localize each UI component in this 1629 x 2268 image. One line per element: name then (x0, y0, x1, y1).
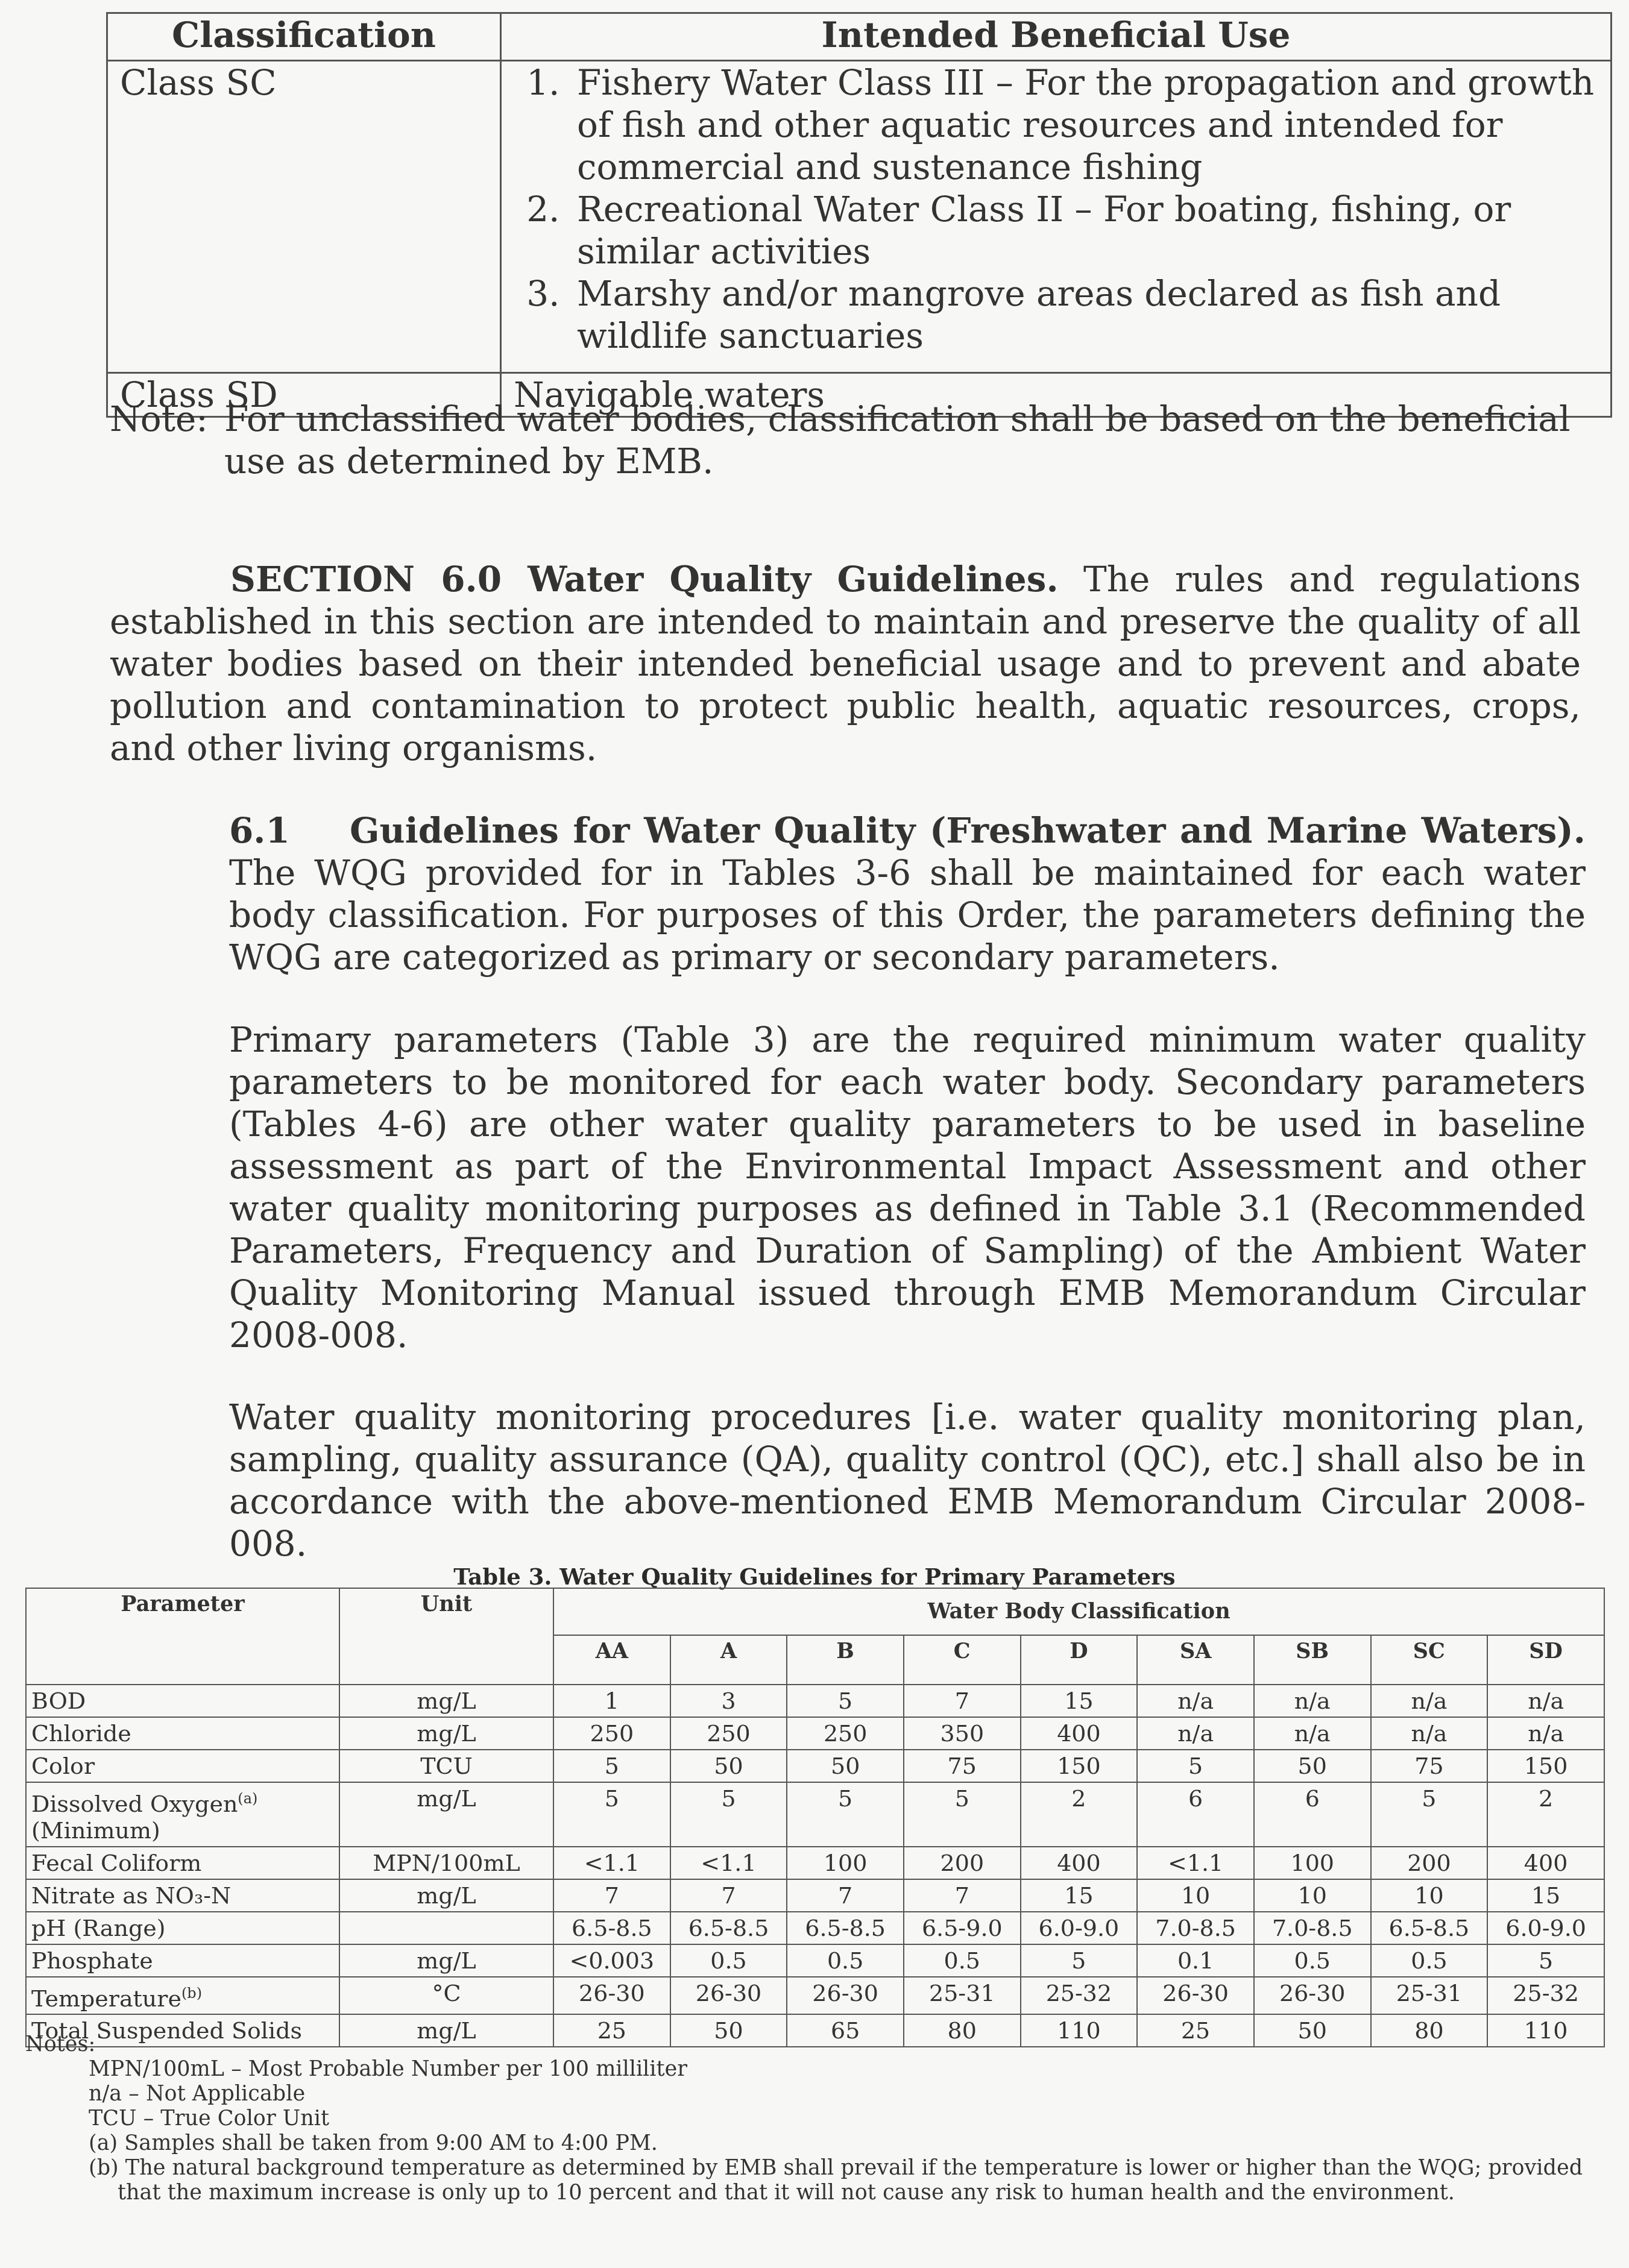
value-sb: 10 (1254, 1879, 1371, 1912)
class-header-sb: SB (1254, 1635, 1371, 1685)
parameter-name: Chloride (26, 1717, 339, 1750)
value-a: 5 (670, 1782, 787, 1847)
value-aa: 7 (553, 1879, 670, 1912)
value-sd: 5 (1487, 1944, 1604, 1977)
value-sd: 15 (1487, 1879, 1604, 1912)
note-label: Note: (110, 398, 224, 440)
class-label: Class SC (107, 61, 501, 373)
value-sd: n/a (1487, 1717, 1604, 1750)
notes-label: Notes: (25, 2032, 1605, 2057)
parameter-name: Dissolved Oxygen(a)(Minimum) (26, 1782, 339, 1847)
value-d: 400 (1021, 1847, 1138, 1879)
value-sc: 75 (1371, 1750, 1488, 1782)
value-sa: 0.1 (1137, 1944, 1254, 1977)
value-sa: 10 (1137, 1879, 1254, 1912)
parameter-name: Fecal Coliform (26, 1847, 339, 1879)
note-item: n/a – Not Applicable (89, 2082, 1605, 2106)
value-c: 5 (904, 1782, 1021, 1847)
value-sc: 0.5 (1371, 1944, 1488, 1977)
table-row: pH (Range)6.5-8.56.5-8.56.5-8.56.5-9.06.… (26, 1912, 1604, 1944)
parameter-unit: TCU (339, 1750, 553, 1782)
value-b: 5 (787, 1685, 904, 1717)
table-3-header-row: Parameter Unit Water Body Classification (26, 1588, 1604, 1635)
value-b: 0.5 (787, 1944, 904, 1977)
note-text-cont: use as determined by EMB. (110, 440, 1587, 482)
value-aa: <1.1 (553, 1847, 670, 1879)
value-sa: 26-30 (1137, 1977, 1254, 2015)
value-c: 7 (904, 1685, 1021, 1717)
value-sa: <1.1 (1137, 1847, 1254, 1879)
table-row: Temperature(b)°C26-3026-3026-3025-3125-3… (26, 1977, 1604, 2015)
parameter-unit: mg/L (339, 1944, 553, 1977)
use-item: Marshy and/or mangrove areas declared as… (571, 272, 1598, 357)
value-sc: 10 (1371, 1879, 1488, 1912)
table-row: Class SC Fishery Water Class III – For t… (107, 61, 1612, 373)
table-row: Fecal ColiformMPN/100mL<1.1<1.1100200400… (26, 1847, 1604, 1879)
parameter-unit (339, 1912, 553, 1944)
value-b: 7 (787, 1879, 904, 1912)
class-header-a: A (670, 1635, 787, 1685)
value-aa: 26-30 (553, 1977, 670, 2015)
value-b: 250 (787, 1717, 904, 1750)
value-d: 25-32 (1021, 1977, 1138, 2015)
value-sc: n/a (1371, 1717, 1488, 1750)
value-sb: 100 (1254, 1847, 1371, 1879)
parameter-unit: mg/L (339, 1879, 553, 1912)
value-sa: 5 (1137, 1750, 1254, 1782)
parameter-unit: mg/L (339, 1685, 553, 1717)
header-water-body-classification: Water Body Classification (553, 1588, 1604, 1635)
value-sb: 50 (1254, 1750, 1371, 1782)
note-item: MPN/100mL – Most Probable Number per 100… (89, 2057, 1605, 2082)
value-d: 150 (1021, 1750, 1138, 1782)
value-aa: 250 (553, 1717, 670, 1750)
value-sa: 7.0-8.5 (1137, 1912, 1254, 1944)
use-item: Fishery Water Class III – For the propag… (571, 61, 1598, 188)
parameter-unit: MPN/100mL (339, 1847, 553, 1879)
value-sb: n/a (1254, 1685, 1371, 1717)
value-a: 250 (670, 1717, 787, 1750)
parameter-unit: °C (339, 1977, 553, 2015)
value-c: 75 (904, 1750, 1021, 1782)
class-uses: Fishery Water Class III – For the propag… (501, 61, 1612, 373)
header-unit: Unit (339, 1588, 553, 1685)
parameter-name: pH (Range) (26, 1912, 339, 1944)
value-b: 26-30 (787, 1977, 904, 2015)
value-sd: n/a (1487, 1685, 1604, 1717)
section-6-1-number: 6.1 (229, 809, 350, 852)
class-header-d: D (1021, 1635, 1138, 1685)
value-sa: n/a (1137, 1685, 1254, 1717)
value-aa: 1 (553, 1685, 670, 1717)
value-d: 15 (1021, 1685, 1138, 1717)
use-item: Recreational Water Class II – For boatin… (571, 188, 1598, 272)
note-item: (a) Samples shall be taken from 9:00 AM … (89, 2131, 1605, 2156)
parameter-name: Color (26, 1750, 339, 1782)
header-classification: Classification (107, 13, 501, 61)
class-header-aa: AA (553, 1635, 670, 1685)
value-b: 50 (787, 1750, 904, 1782)
section-6-1-paragraph: 6.1Guidelines for Water Quality (Freshwa… (229, 809, 1586, 978)
value-sa: 6 (1137, 1782, 1254, 1847)
parameter-name: Phosphate (26, 1944, 339, 1977)
value-sc: 25-31 (1371, 1977, 1488, 2015)
value-a: 50 (670, 1750, 787, 1782)
value-d: 15 (1021, 1879, 1138, 1912)
value-a: <1.1 (670, 1847, 787, 1879)
classification-note: Note:For unclassified water bodies, clas… (110, 398, 1587, 482)
value-a: 0.5 (670, 1944, 787, 1977)
value-a: 3 (670, 1685, 787, 1717)
value-sc: 5 (1371, 1782, 1488, 1847)
value-sc: 200 (1371, 1847, 1488, 1879)
table-row: Phosphatemg/L<0.0030.50.50.550.10.50.55 (26, 1944, 1604, 1977)
primary-parameters-paragraph: Primary parameters (Table 3) are the req… (229, 1019, 1586, 1356)
note-text: For unclassified water bodies, classific… (224, 398, 1570, 439)
value-sd: 25-32 (1487, 1977, 1604, 2015)
section-6-1-body: The WQG provided for in Tables 3-6 shall… (229, 852, 1586, 978)
value-sd: 400 (1487, 1847, 1604, 1879)
value-a: 7 (670, 1879, 787, 1912)
header-beneficial-use: Intended Beneficial Use (501, 13, 1612, 61)
value-sd: 150 (1487, 1750, 1604, 1782)
value-sa: n/a (1137, 1717, 1254, 1750)
value-c: 200 (904, 1847, 1021, 1879)
parameter-unit: mg/L (339, 1717, 553, 1750)
value-sb: 26-30 (1254, 1977, 1371, 2015)
value-aa: 5 (553, 1782, 670, 1847)
table-row: Dissolved Oxygen(a)(Minimum)mg/L55552665… (26, 1782, 1604, 1847)
value-sb: 6 (1254, 1782, 1371, 1847)
value-sc: 6.5-8.5 (1371, 1912, 1488, 1944)
value-b: 5 (787, 1782, 904, 1847)
value-c: 25-31 (904, 1977, 1021, 2015)
table-row: BODmg/L135715n/an/an/an/a (26, 1685, 1604, 1717)
value-sb: n/a (1254, 1717, 1371, 1750)
classification-header-row: Classification Intended Beneficial Use (107, 13, 1612, 61)
value-sb: 7.0-8.5 (1254, 1912, 1371, 1944)
parameter-unit: mg/L (339, 1782, 553, 1847)
value-d: 6.0-9.0 (1021, 1912, 1138, 1944)
value-sb: 0.5 (1254, 1944, 1371, 1977)
value-c: 350 (904, 1717, 1021, 1750)
table-row: Nitrate as NO₃-Nmg/L77771510101015 (26, 1879, 1604, 1912)
value-c: 6.5-9.0 (904, 1912, 1021, 1944)
classification-table: Classification Intended Beneficial Use C… (106, 12, 1612, 418)
class-header-sa: SA (1137, 1635, 1254, 1685)
value-aa: 5 (553, 1750, 670, 1782)
table-row: Chloridemg/L250250250350400n/an/an/an/a (26, 1717, 1604, 1750)
table-3: Parameter Unit Water Body Classification… (25, 1588, 1605, 2047)
note-item: (b) The natural background temperature a… (89, 2156, 1605, 2205)
value-aa: 6.5-8.5 (553, 1912, 670, 1944)
table-3-notes: Notes: MPN/100mL – Most Probable Number … (25, 2032, 1605, 2205)
section-6-paragraph: SECTION 6.0 Water Quality Guidelines. Th… (110, 558, 1581, 769)
value-sc: n/a (1371, 1685, 1488, 1717)
value-sd: 2 (1487, 1782, 1604, 1847)
header-parameter: Parameter (26, 1588, 339, 1685)
value-sd: 6.0-9.0 (1487, 1912, 1604, 1944)
section-6-heading: SECTION 6.0 Water Quality Guidelines. (230, 559, 1059, 600)
procedures-paragraph: Water quality monitoring procedures [i.e… (229, 1396, 1586, 1565)
parameter-name: BOD (26, 1685, 339, 1717)
value-b: 6.5-8.5 (787, 1912, 904, 1944)
value-a: 26-30 (670, 1977, 787, 2015)
value-aa: <0.003 (553, 1944, 670, 1977)
value-c: 0.5 (904, 1944, 1021, 1977)
value-d: 5 (1021, 1944, 1138, 1977)
class-header-b: B (787, 1635, 904, 1685)
class-header-sc: SC (1371, 1635, 1488, 1685)
section-6-1-heading: Guidelines for Water Quality (Freshwater… (350, 810, 1586, 851)
value-a: 6.5-8.5 (670, 1912, 787, 1944)
value-c: 7 (904, 1879, 1021, 1912)
parameter-name: Nitrate as NO₃-N (26, 1879, 339, 1912)
parameter-name: Temperature(b) (26, 1977, 339, 2015)
class-header-sd: SD (1487, 1635, 1604, 1685)
class-header-c: C (904, 1635, 1021, 1685)
table-row: ColorTCU550507515055075150 (26, 1750, 1604, 1782)
value-b: 100 (787, 1847, 904, 1879)
table-3-title: Table 3. Water Quality Guidelines for Pr… (0, 1563, 1629, 1590)
value-d: 2 (1021, 1782, 1138, 1847)
value-d: 400 (1021, 1717, 1138, 1750)
note-item: TCU – True Color Unit (89, 2106, 1605, 2131)
